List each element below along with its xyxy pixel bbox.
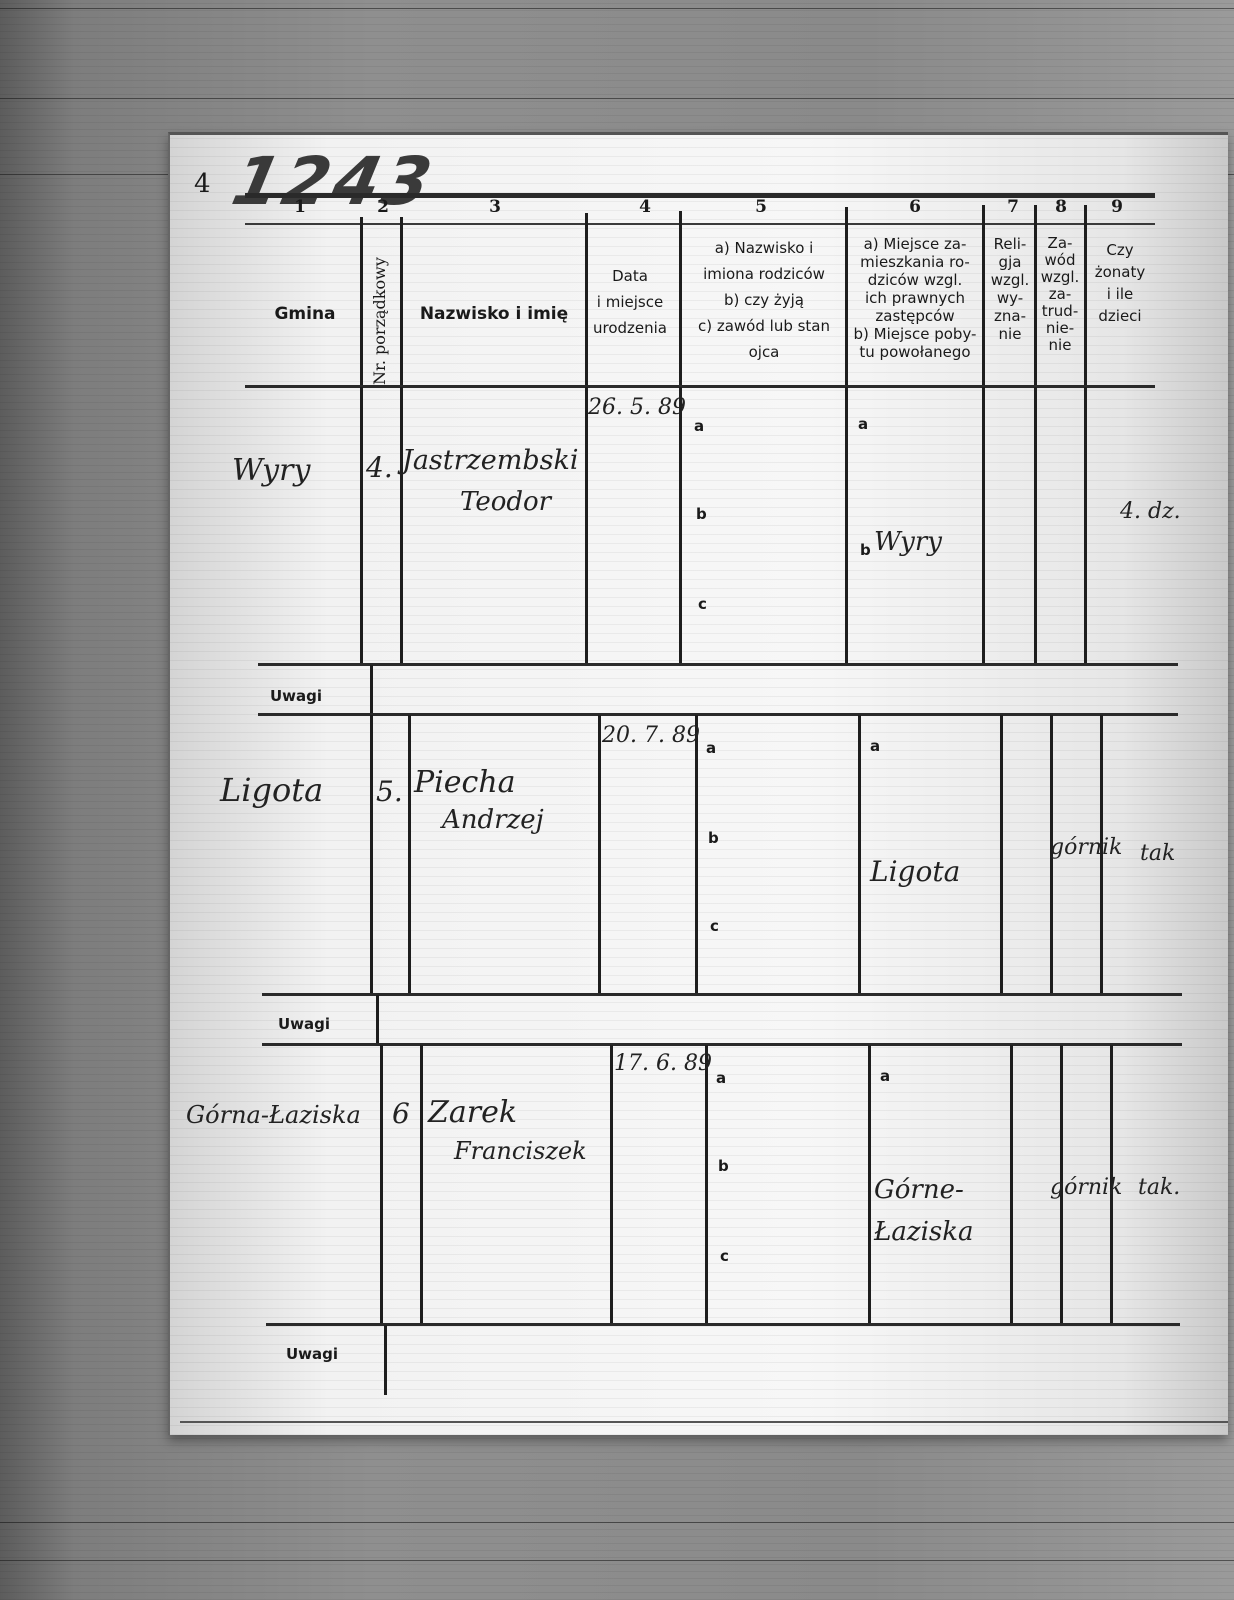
row1-divider <box>400 387 403 665</box>
remarks-1-bottom-rule <box>258 713 1178 716</box>
remarks-3-label: Uwagi <box>286 1345 338 1363</box>
header-line: wód <box>1034 252 1086 269</box>
record-1-col6-sub-a: a <box>858 415 868 433</box>
header-line: c) zawód lub stan <box>682 315 846 337</box>
header-line: tu powołanego <box>846 343 984 361</box>
column-number-6: 6 <box>900 197 930 217</box>
header-line: mieszkania ro- <box>846 253 984 271</box>
header-nr-porzadkowy: Nr. porządkowy <box>370 257 389 385</box>
header-line: i miejsce <box>582 291 678 313</box>
row3-divider <box>705 1045 708 1323</box>
record-2-sub-b: b <box>708 829 719 847</box>
column-number-9: 9 <box>1102 197 1132 217</box>
header-line: i ile <box>1086 283 1154 305</box>
stamp-number: 1243 <box>226 143 442 220</box>
header-line: gja <box>984 253 1036 271</box>
header-line: b) czy żyją <box>682 289 846 311</box>
record-3-sub-b: b <box>718 1157 729 1175</box>
remarks-2-divider <box>376 995 379 1045</box>
record-1-residence-b: Wyry <box>874 527 942 557</box>
header-miejsce-zamieszkania: a) Miejsce za- mieszkania ro- dziców wzg… <box>846 235 984 361</box>
record-3-given-name: Franciszek <box>454 1137 587 1165</box>
header-line: wzgl. <box>984 271 1036 289</box>
remarks-2-bottom-rule <box>262 1043 1182 1046</box>
remarks-3-divider <box>384 1325 387 1395</box>
header-line: ojca <box>682 341 846 363</box>
header-bottom-rule <box>245 385 1155 388</box>
record-2-gmina: Ligota <box>220 771 323 809</box>
remarks-2-field <box>382 1003 1162 1037</box>
record-1-surname: Jastrzembski <box>402 445 578 476</box>
record-1-col6-sub-b: b <box>860 541 871 559</box>
header-line: żonaty <box>1086 261 1154 283</box>
remarks-3-field <box>390 1335 1170 1385</box>
record-2-residence-b: Ligota <box>870 855 960 888</box>
remarks-1-divider <box>370 665 373 715</box>
header-line: dzieci <box>1086 305 1154 327</box>
record-1-sub-c: c <box>698 595 707 613</box>
record-2-married-children: tak <box>1140 841 1175 866</box>
column-number-8: 8 <box>1046 197 1076 217</box>
scan-artifact-line <box>0 1522 1234 1523</box>
row1-divider <box>360 387 363 665</box>
record-3-residence-b-line2: Łaziska <box>874 1217 974 1247</box>
column-number-7: 7 <box>998 197 1028 217</box>
record-2-given-name: Andrzej <box>442 805 544 835</box>
record-3-sub-c: c <box>720 1247 729 1265</box>
record-1-nr: 4. <box>366 451 393 484</box>
stamp-prefix: 4 <box>194 169 211 199</box>
record-2-surname: Piecha <box>414 765 516 800</box>
record-3-occupation: górnik <box>1050 1175 1122 1200</box>
record-2-sub-a: a <box>706 739 716 757</box>
row3-divider <box>420 1045 423 1323</box>
record-2-bottom-rule <box>262 993 1182 996</box>
column-number-2: 2 <box>368 197 398 217</box>
header-line: za- <box>1034 286 1086 303</box>
record-3-married-children: tak. <box>1138 1175 1180 1200</box>
record-1-birth-date: 26. 5. 89 <box>588 395 686 420</box>
row2-divider <box>858 715 861 993</box>
header-line: nie <box>984 325 1036 343</box>
record-3-bottom-rule <box>266 1323 1180 1326</box>
row3-divider <box>1010 1045 1013 1323</box>
header-line: dziców wzgl. <box>846 271 984 289</box>
row2-divider <box>695 715 698 993</box>
row2-divider <box>370 715 373 993</box>
header-line: zastępców <box>846 307 984 325</box>
header-nazwisko-imie: Nazwisko i imię <box>404 303 584 325</box>
column-number-1: 1 <box>280 197 320 217</box>
row1-divider <box>1084 387 1087 665</box>
record-3-birth-date: 17. 6. 89 <box>614 1051 712 1076</box>
row3-divider <box>868 1045 871 1323</box>
header-gmina: Gmina <box>250 303 360 325</box>
row1-divider <box>585 387 588 665</box>
row2-divider <box>598 715 601 993</box>
record-1-sub-a: a <box>694 417 704 435</box>
column-number-rule <box>245 223 1155 225</box>
row2-divider <box>408 715 411 993</box>
scan-artifact-line <box>0 8 1234 9</box>
record-2-nr: 5. <box>376 775 403 808</box>
record-3-nr: 6 <box>392 1097 410 1130</box>
header-line: wy- <box>984 289 1036 307</box>
remarks-1-field <box>376 675 1156 709</box>
page-fold-line <box>180 1421 1228 1423</box>
header-rodzice: a) Nazwisko i imiona rodziców b) czy żyj… <box>682 233 846 363</box>
row2-divider <box>1000 715 1003 993</box>
record-3-sub-a: a <box>716 1069 726 1087</box>
col-divider-1-2 <box>360 217 363 387</box>
header-line: imiona rodziców <box>682 263 846 285</box>
header-line: Reli- <box>984 235 1036 253</box>
header-line: a) Miejsce za- <box>846 235 984 253</box>
scan-artifact-line <box>0 98 1234 99</box>
record-1-married-children: 4. dz. <box>1120 499 1181 524</box>
row1-divider <box>679 387 682 665</box>
header-line: urodzenia <box>582 317 678 339</box>
header-line: Data <box>582 265 678 287</box>
column-number-3: 3 <box>480 197 510 217</box>
header-data-urodzenia: Data i miejsce urodzenia <box>582 265 678 339</box>
column-number-5: 5 <box>746 197 776 217</box>
header-zawod: Za- wód wzgl. za- trud- nie- nie <box>1034 235 1086 354</box>
record-1-given-name: Teodor <box>460 487 551 517</box>
row3-divider <box>380 1045 383 1323</box>
row1-divider <box>845 387 848 665</box>
header-line: wzgl. <box>1034 269 1086 286</box>
header-line: Za- <box>1034 235 1086 252</box>
record-2-col6-sub-a: a <box>870 737 880 755</box>
record-1-gmina: Wyry <box>232 453 310 488</box>
scan-artifact-line <box>0 1560 1234 1561</box>
col-divider-2-3 <box>400 217 403 387</box>
header-line: trud- <box>1034 303 1086 320</box>
record-2-birth-date: 20. 7. 89 <box>602 723 700 748</box>
header-line: zna- <box>984 307 1036 325</box>
header-line: Czy <box>1086 239 1154 261</box>
record-3-residence-b-line1: Górne- <box>874 1175 964 1205</box>
header-zonaty-dzieci: Czy żonaty i ile dzieci <box>1086 239 1154 327</box>
header-line: ich prawnych <box>846 289 984 307</box>
record-3-gmina: Górna-Łaziska <box>186 1101 361 1129</box>
record-3-col6-sub-a: a <box>880 1067 890 1085</box>
header-line: b) Miejsce poby- <box>846 325 984 343</box>
record-3-surname: Zarek <box>428 1095 517 1130</box>
header-line: a) Nazwisko i <box>682 237 846 259</box>
register-page: 4 1243 1 2 3 4 5 6 7 8 9 Gmina Nr. porzą… <box>168 132 1228 1435</box>
header-line: nie- <box>1034 320 1086 337</box>
header-religia: Reli- gja wzgl. wy- zna- nie <box>984 235 1036 343</box>
record-2-sub-c: c <box>710 917 719 935</box>
header-line: nie <box>1034 337 1086 354</box>
row1-divider <box>1034 387 1037 665</box>
record-2-occupation: górnik <box>1050 835 1122 860</box>
row3-divider <box>610 1045 613 1323</box>
row1-divider <box>982 387 985 665</box>
record-1-bottom-rule <box>258 663 1178 666</box>
remarks-2-label: Uwagi <box>278 1015 330 1033</box>
column-number-4: 4 <box>630 197 660 217</box>
record-1-sub-b: b <box>696 505 707 523</box>
remarks-1-label: Uwagi <box>270 687 322 705</box>
